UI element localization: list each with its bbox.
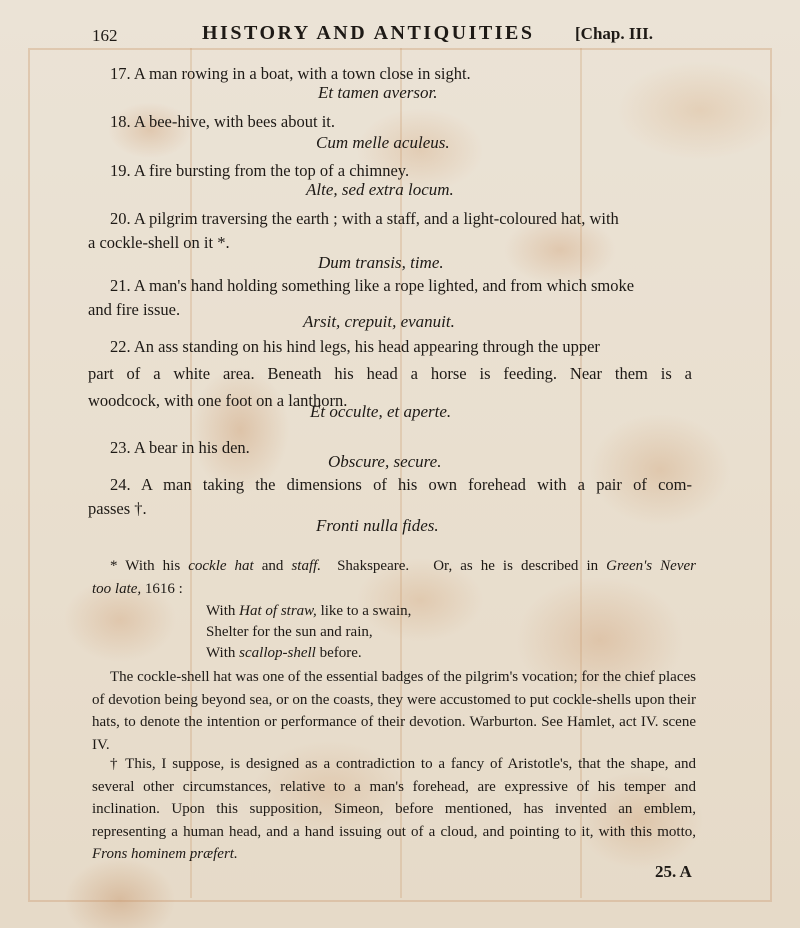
entry-number: 17.	[110, 64, 131, 83]
entry-text: A pilgrim traversing the earth ; with a …	[134, 209, 619, 228]
footnote-text: With his	[125, 558, 188, 574]
footnote-dagger: † This, I suppose, is designed as a cont…	[92, 753, 696, 866]
entry-text: A man's hand holding something like a ro…	[134, 276, 634, 295]
emblem-entry: 18. A bee-hive, with bees about it.	[88, 108, 692, 135]
running-title: HISTORY AND ANTIQUITIES	[202, 22, 534, 45]
chapter-label: [Chap. III.	[575, 24, 653, 44]
footnote-italic: cockle hat	[188, 558, 254, 574]
footnote-italic: too late,	[92, 581, 141, 597]
entry-motto: Obscure, secure.	[328, 452, 441, 472]
verse-line: With Hat of straw, like to a swain,	[206, 601, 411, 622]
entry-number: 21.	[110, 276, 131, 295]
entry-text: A bear in his den.	[134, 438, 250, 457]
entry-text-cont: part of a white area. Beneath his head a…	[88, 360, 692, 387]
entry-text: An ass standing on his hind legs, his he…	[134, 337, 600, 356]
entry-number: 18.	[110, 112, 131, 131]
entry-motto: Alte, sed extra locum.	[306, 180, 454, 200]
verse-line: With scallop-shell before.	[206, 643, 411, 664]
footnote-text: The cockle-shell hat was one of the esse…	[92, 666, 696, 756]
footnote-mark: *	[110, 558, 118, 574]
entry-motto: Arsit, crepuit, evanuit.	[303, 312, 455, 332]
emblem-entry: 20. A pilgrim traversing the earth ; wit…	[88, 205, 692, 256]
page-number: 162	[92, 26, 118, 46]
entry-motto: Et tamen aversor.	[318, 83, 437, 103]
entry-text-cont: a cockle-shell on it *.	[88, 229, 692, 256]
entry-text: A bee-hive, with bees about it.	[134, 112, 335, 131]
footnote-motto: Frons hominem præfert.	[92, 846, 238, 862]
entry-motto: Fronti nulla fides.	[316, 516, 439, 536]
emblem-entry: 24. A man taking the dimensions of his o…	[88, 471, 692, 522]
entry-number: 22.	[110, 337, 131, 356]
entry-motto: Et occulte, et aperte.	[310, 402, 451, 422]
entry-number: 20.	[110, 209, 131, 228]
entry-number: 23.	[110, 438, 131, 457]
footnote-star: * With his cockle hat and staff. Shakspe…	[92, 555, 696, 600]
footnote-star-paragraph: The cockle-shell hat was one of the esse…	[92, 666, 696, 756]
catchword: 25. A	[655, 862, 692, 882]
entry-number: 19.	[110, 161, 131, 180]
footnote-text: 1616 :	[141, 581, 183, 597]
footnote-mark: †	[110, 756, 120, 772]
footnote-text: and	[254, 558, 292, 574]
book-page: 162 HISTORY AND ANTIQUITIES [Chap. III. …	[0, 0, 800, 928]
footnote-italic: Green's Never	[606, 558, 696, 574]
entry-number: 24.	[110, 475, 131, 494]
page-header: 162 HISTORY AND ANTIQUITIES [Chap. III.	[82, 22, 682, 46]
entry-text: A man taking the dimensions of his own f…	[141, 475, 692, 494]
footnote-italic: staff.	[291, 558, 321, 574]
entry-motto: Dum transis, time.	[318, 253, 444, 273]
verse-line: Shelter for the sun and rain,	[206, 622, 411, 643]
verse-quotation: With Hat of straw, like to a swain, Shel…	[206, 601, 411, 664]
entry-motto: Cum melle aculeus.	[316, 133, 450, 153]
entry-text: A fire bursting from the top of a chimne…	[134, 161, 409, 180]
footnote-text: Shakspeare. Or, as he is described in	[321, 558, 606, 574]
entry-text: A man rowing in a boat, with a town clos…	[134, 64, 471, 83]
footnote-text: This, I suppose, is designed as a contra…	[92, 756, 696, 840]
